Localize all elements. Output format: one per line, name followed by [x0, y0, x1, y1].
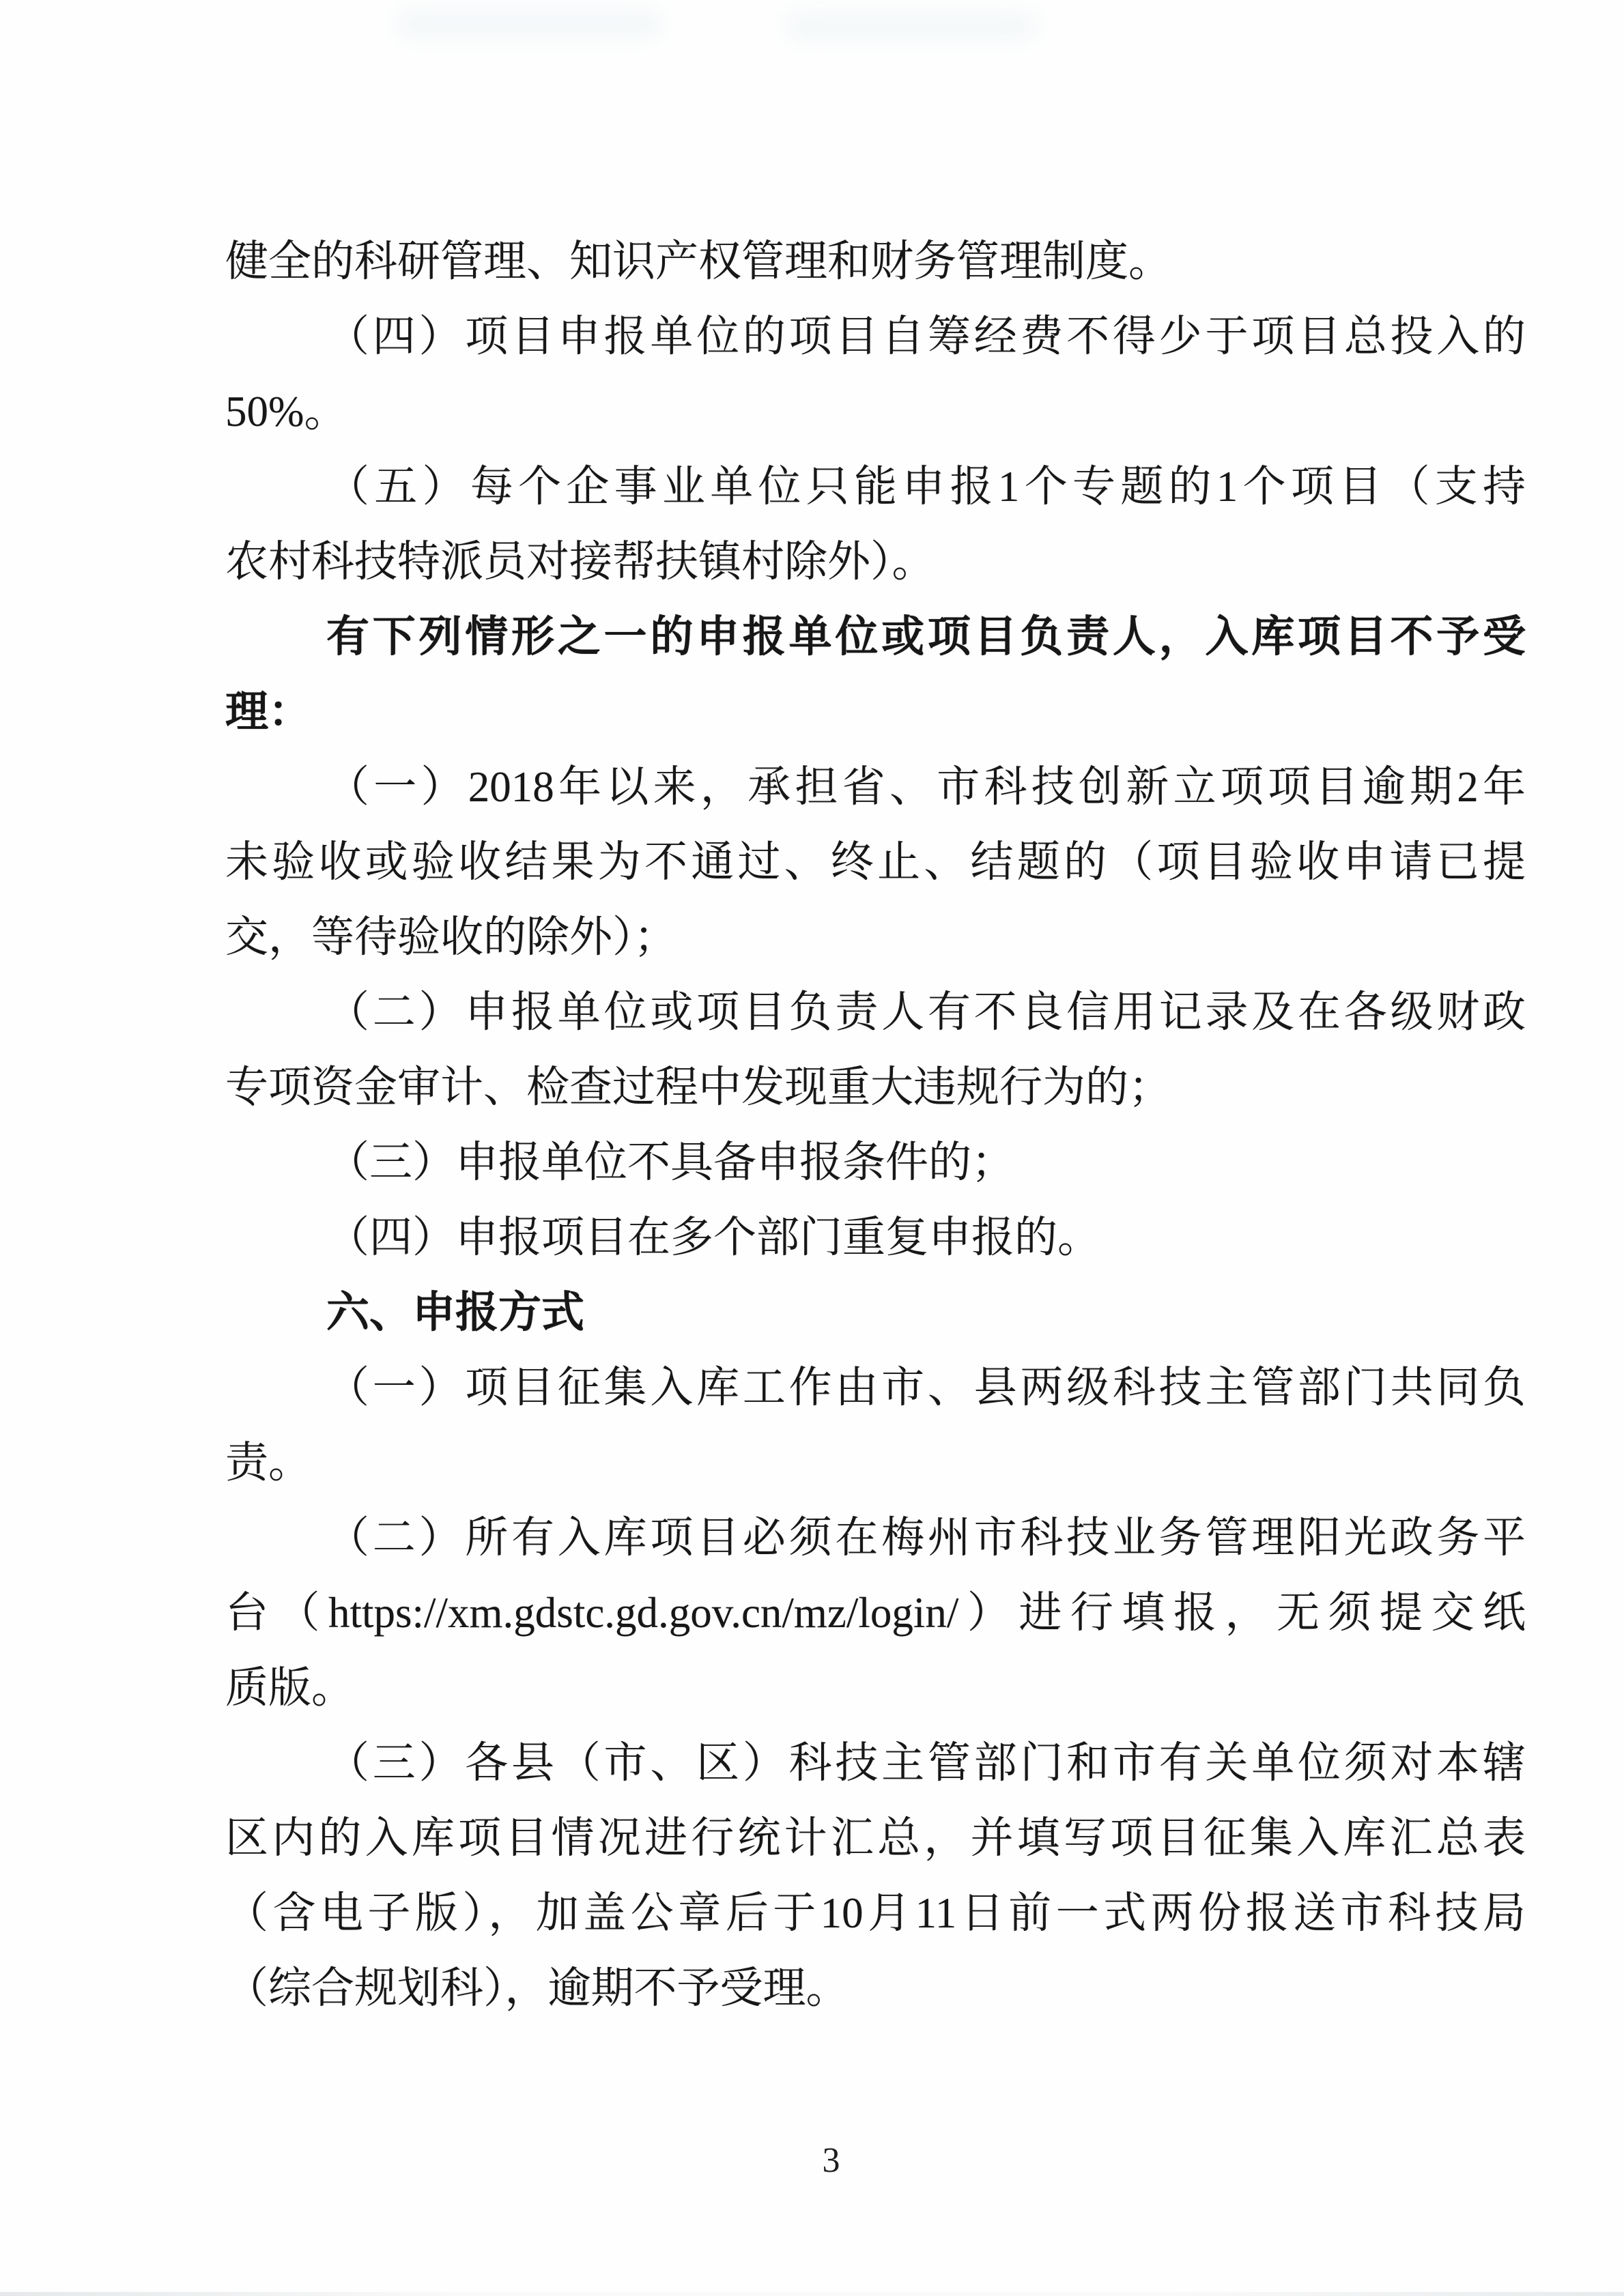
text-line: 专项资金审计、检查过程中发现重大违规行为的； [225, 1050, 1526, 1125]
text-line: （一）项目征集入库工作由市、县两级科技主管部门共同负 [225, 1350, 1526, 1425]
document-body: 健全的科研管理、知识产权管理和财务管理制度。 （四）项目申报单位的项目自筹经费不… [225, 224, 1526, 2026]
text-line: （五）每个企事业单位只能申报1个专题的1个项目（支持 [225, 449, 1526, 524]
text-line: （四）申报项目在多个部门重复申报的。 [225, 1200, 1526, 1275]
text-line: 农村科技特派员对接帮扶镇村除外）。 [225, 524, 1526, 599]
text-line: （三）各县（市、区）科技主管部门和市有关单位须对本辖 [225, 1725, 1526, 1800]
text-line: （四）项目申报单位的项目自筹经费不得少于项目总投入的 [225, 299, 1526, 374]
text-line: （二）申报单位或项目负责人有不良信用记录及在各级财政 [225, 975, 1526, 1050]
document-page: 健全的科研管理、知识产权管理和财务管理制度。 （四）项目申报单位的项目自筹经费不… [0, 0, 1624, 2296]
page-number: 3 [0, 2140, 1624, 2181]
text-line: 交，等待验收的除外）； [225, 900, 1526, 975]
text-line-with-url: 台（https://xm.gdstc.gd.gov.cn/mz/login/）进… [225, 1575, 1526, 1650]
text-line-bold: 有下列情形之一的申报单位或项目负责人，入库项目不予受 [225, 599, 1526, 674]
text-line: （综合规划科），逾期不予受理。 [225, 1951, 1526, 2026]
scan-bleed-artifact [785, 12, 1038, 40]
text-line: 未验收或验收结果为不通过、终止、结题的（项目验收申请已提 [225, 824, 1526, 900]
text-line: （含电子版），加盖公章后于10月11日前一式两份报送市科技局 [225, 1876, 1526, 1951]
text-line: （一）2018年以来，承担省、市科技创新立项项目逾期2年 [225, 749, 1526, 824]
scanner-edge-artifact [0, 2292, 1624, 2296]
text-line: （三）申报单位不具备申报条件的； [225, 1125, 1526, 1200]
text-line: 健全的科研管理、知识产权管理和财务管理制度。 [225, 224, 1526, 299]
scan-bleed-artifact [396, 10, 662, 38]
text-line: 区内的入库项目情况进行统计汇总，并填写项目征集入库汇总表 [225, 1800, 1526, 1876]
text-line: 责。 [225, 1425, 1526, 1500]
section-heading: 六、申报方式 [225, 1275, 1526, 1350]
text-line-bold: 理： [225, 674, 1526, 749]
text-line: （二）所有入库项目必须在梅州市科技业务管理阳光政务平 [225, 1500, 1526, 1575]
text-line: 质版。 [225, 1650, 1526, 1725]
text-line: 50%。 [225, 374, 1526, 449]
